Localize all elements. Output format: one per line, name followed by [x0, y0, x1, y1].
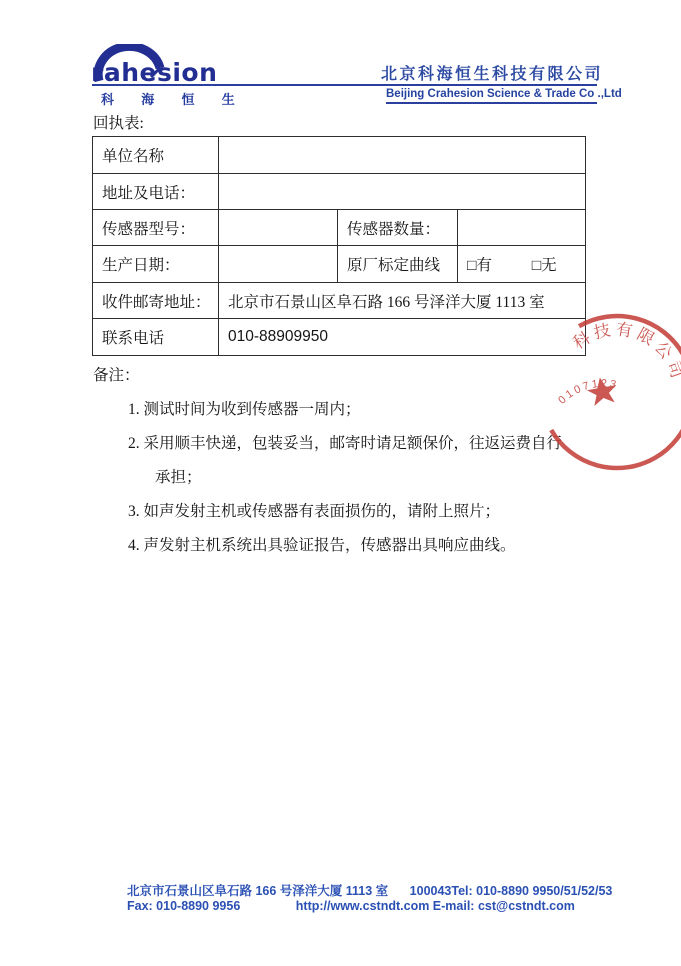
- production-date-value-cell: [219, 246, 338, 283]
- table-row: 生产日期： 原厂标定曲线 □有 □无: [93, 246, 586, 283]
- address-phone-label: 地址及电话：: [93, 174, 219, 210]
- calibration-curve-label: 原厂标定曲线: [338, 246, 458, 283]
- brand-wordmark: rahesion: [91, 58, 217, 87]
- calibration-no-checkbox: □无: [532, 253, 557, 275]
- calibration-yes-checkbox: □有: [467, 253, 492, 275]
- unit-name-value-cell: [219, 137, 586, 174]
- company-seal-stamp: 科技有限公司 0107123: [527, 300, 681, 485]
- company-name-english: Beijing Crahesion Science & Trade Co .,L…: [386, 88, 597, 104]
- unit-name-label: 单位名称: [93, 137, 219, 174]
- table-row: 联系电话 010-88909950: [93, 319, 586, 356]
- note-item-1: 1. 测试时间为收到传感器一周内；: [93, 400, 573, 420]
- page-footer: 北京市石景山区阜石路 166 号泽洋大厦 1113 室 100043Tel: 0…: [127, 884, 612, 914]
- sensor-model-value-cell: [219, 210, 338, 246]
- sensor-quantity-value-cell: [458, 210, 586, 246]
- footer-address: 北京市石景山区阜石路 166 号泽洋大厦 1113 室: [127, 884, 388, 898]
- address-phone-value-cell: [219, 174, 586, 210]
- notes-heading: 备注：: [93, 366, 573, 386]
- mailing-address-label: 收件邮寄地址：: [93, 283, 219, 319]
- table-row: 收件邮寄地址： 北京市石景山区阜石路 166 号泽洋大厦 1113 室: [93, 283, 586, 319]
- calibration-options-cell: □有 □无: [458, 246, 586, 283]
- note-item-2-continued: 承担；: [93, 468, 573, 488]
- notes-section: 备注： 1. 测试时间为收到传感器一周内； 2. 采用顺丰快递，包装妥当，邮寄时…: [93, 366, 573, 556]
- production-date-label: 生产日期：: [93, 246, 219, 283]
- sensor-quantity-label: 传感器数量：: [338, 210, 458, 246]
- brand-chinese-name: 科 海 恒 生: [101, 89, 247, 108]
- table-row: 地址及电话：: [93, 174, 586, 210]
- sensor-model-label: 传感器型号：: [93, 210, 219, 246]
- note-item-3: 3. 如声发射主机或传感器有表面损伤的，请附上照片；: [93, 502, 573, 522]
- receipt-form-table: 单位名称 地址及电话： 传感器型号： 传感器数量： 生产日期： 原厂标定曲线 □…: [92, 136, 586, 356]
- footer-line-1: 北京市石景山区阜石路 166 号泽洋大厦 1113 室 100043Tel: 0…: [127, 884, 612, 899]
- svg-text:科技有限公司: 科技有限公司: [564, 306, 681, 388]
- seal-serial-number: 0107123: [555, 365, 621, 419]
- note-item-2: 2. 采用顺丰快递，包装妥当，邮寄时请足额保价，往返运费自行: [93, 434, 573, 454]
- footer-web-email: http://www.cstndt.com E-mail: cst@cstndt…: [296, 899, 575, 913]
- table-row: 单位名称: [93, 137, 586, 174]
- form-title: 回执表:: [93, 111, 144, 133]
- note-item-4: 4. 声发射主机系统出具验证报告，传感器出具响应曲线。: [93, 536, 573, 556]
- header-divider-line: [92, 84, 597, 86]
- svg-text:0107123: 0107123: [555, 365, 621, 419]
- footer-postal-tel: 100043Tel: 010-8890 9950/51/52/53: [410, 884, 613, 898]
- seal-arc-text: 科技有限公司: [564, 306, 681, 388]
- footer-fax: Fax: 010-8890 9956: [127, 899, 240, 913]
- table-row: 传感器型号： 传感器数量：: [93, 210, 586, 246]
- footer-line-2: Fax: 010-8890 9956 http://www.cstndt.com…: [127, 899, 612, 914]
- scanned-form-page: rahesion 科 海 恒 生 北京科海恒生科技有限公司 Beijing Cr…: [0, 0, 681, 966]
- company-name-chinese: 北京科海恒生科技有限公司: [381, 61, 597, 84]
- contact-phone-label: 联系电话: [93, 319, 219, 356]
